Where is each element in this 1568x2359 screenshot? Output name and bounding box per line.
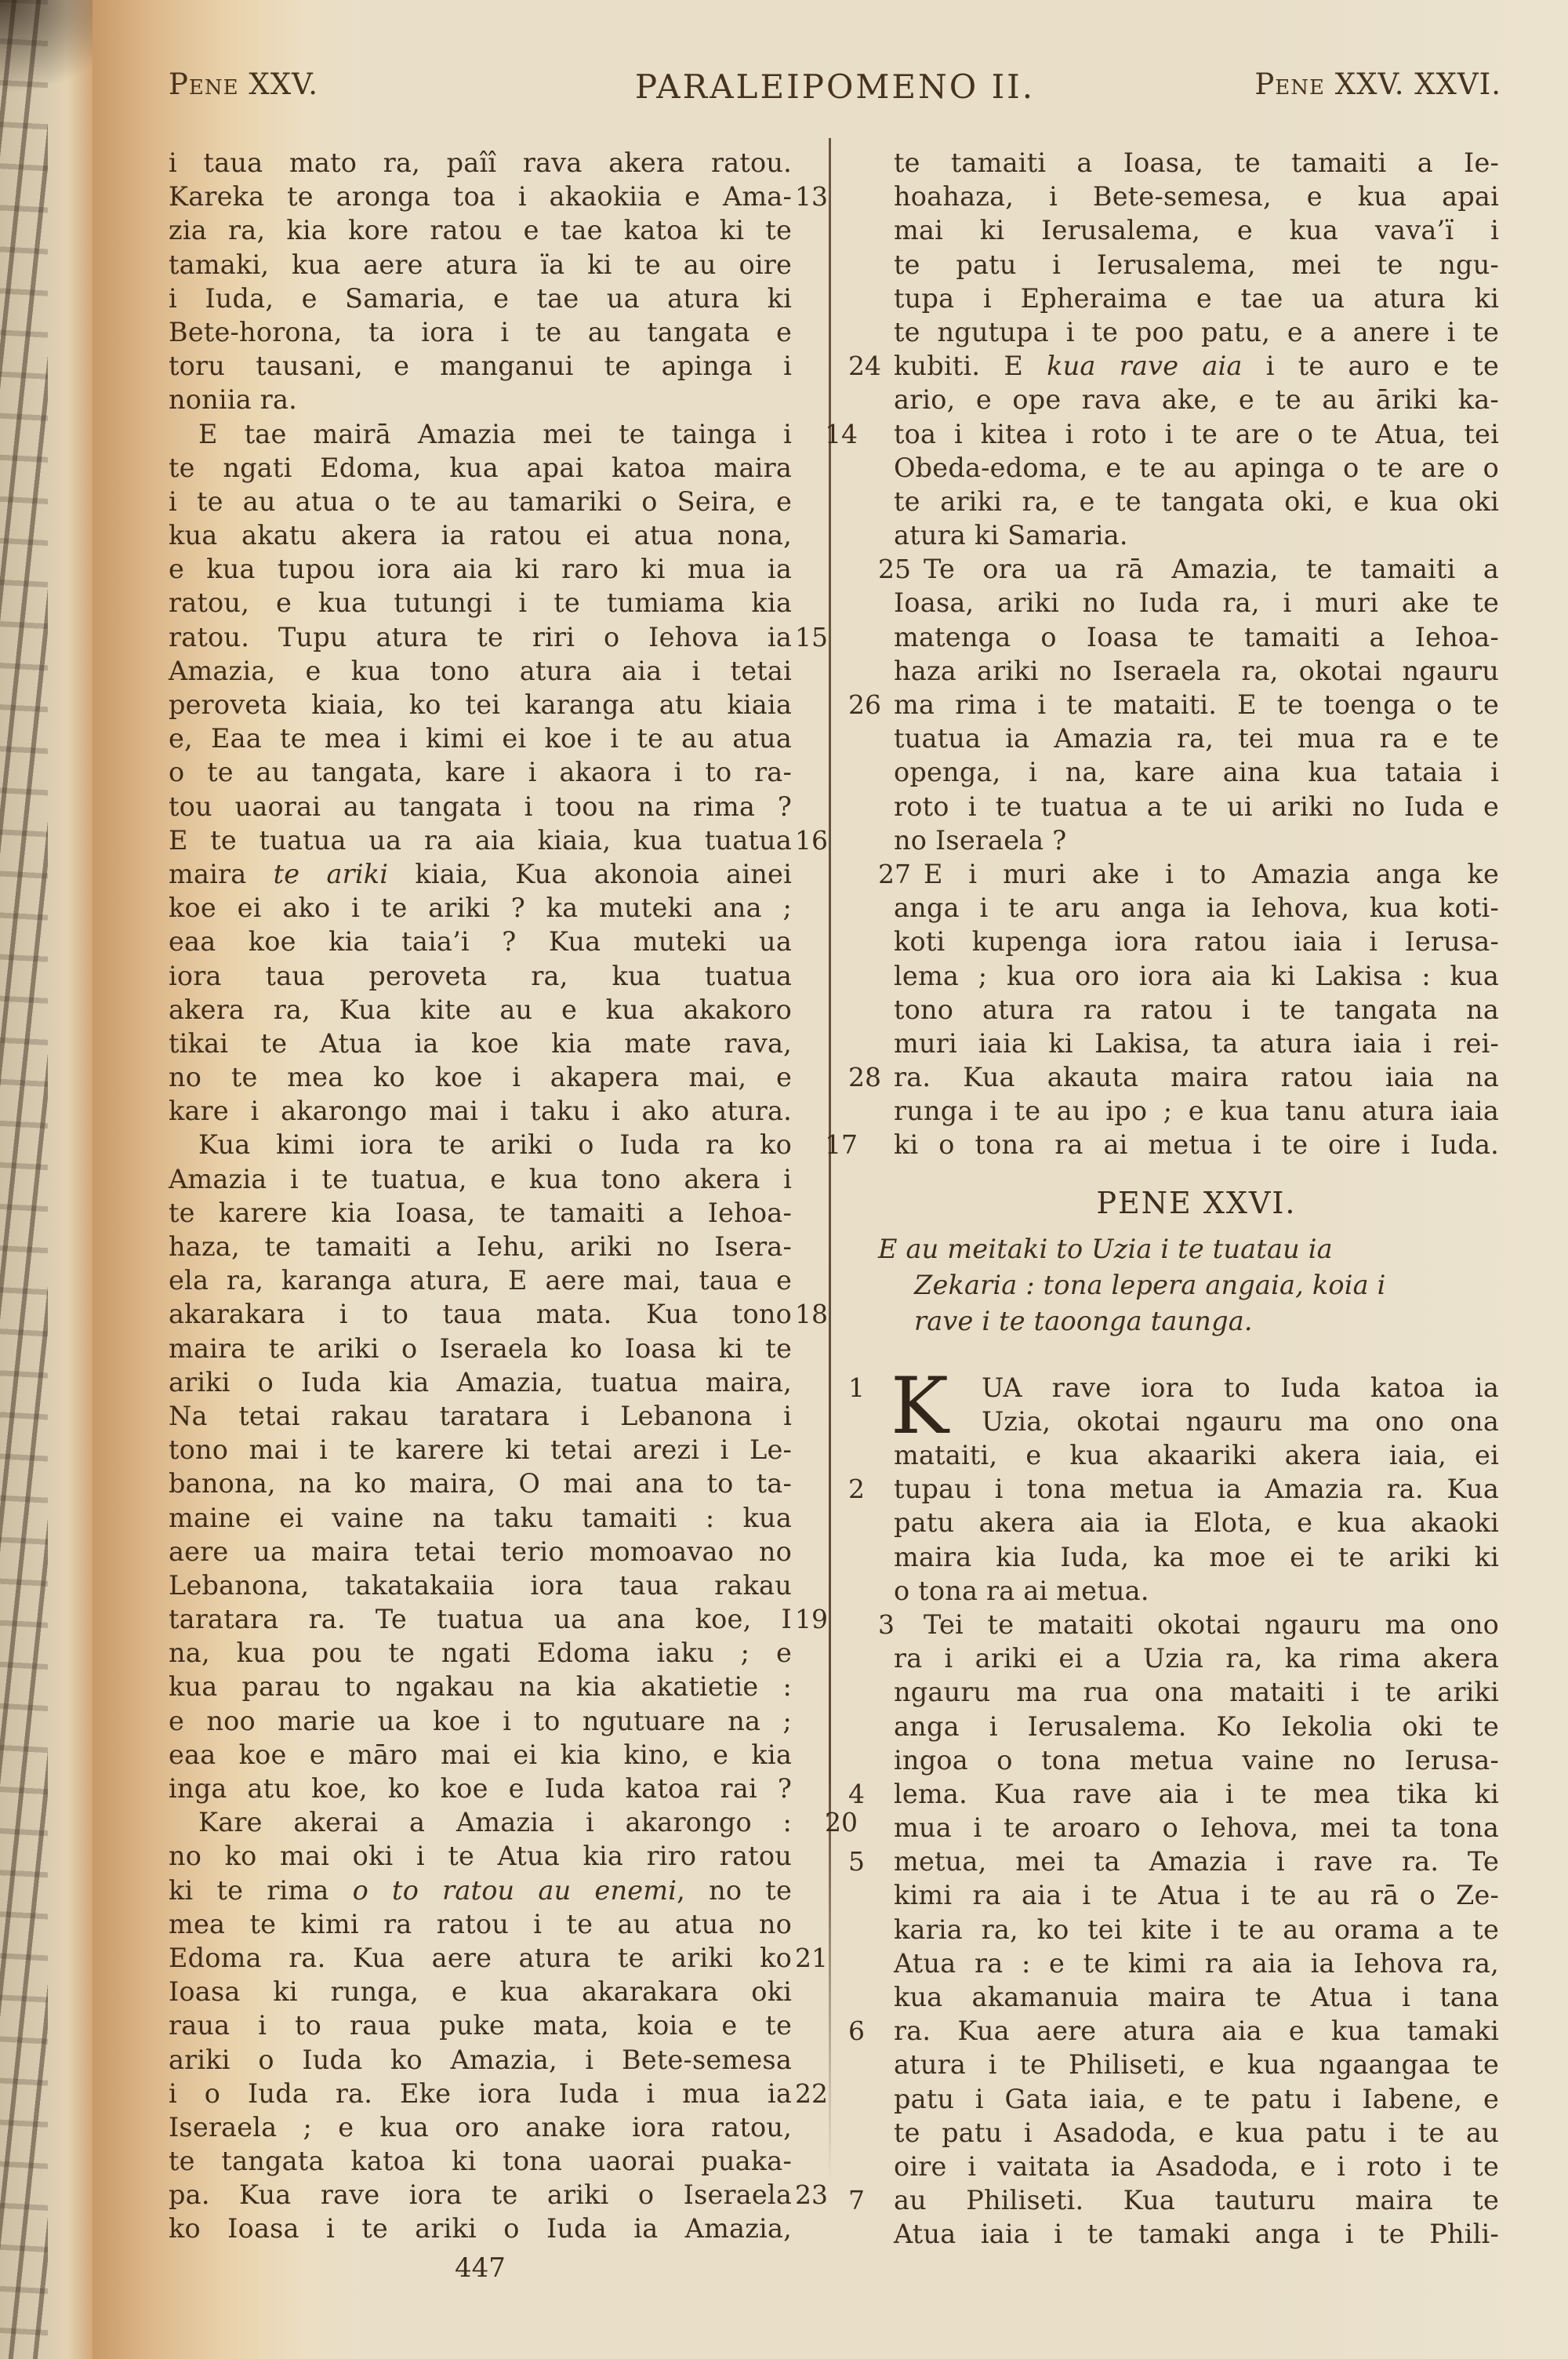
- text-run: banona, na ko maira, O mai ana to ta-: [169, 1468, 792, 1499]
- text-run: atura i te Philiseti, e kua ngaangaa te: [894, 2049, 1499, 2080]
- text-run: tupau i tona metua ia Amazia ra. Kua: [894, 1474, 1499, 1504]
- text-run: ariki o Iuda kia Amazia, tuatua maira,: [169, 1367, 792, 1398]
- text-line: taratara ra. Te tuatua ua ana koe, I19: [169, 1602, 792, 1636]
- text-run: na, kua pou te ngati Edoma iaku ; e: [169, 1637, 792, 1668]
- verse-number: 2: [848, 1472, 887, 1506]
- text-run: UA rave iora to Iuda katoa ia: [982, 1372, 1499, 1403]
- text-line: mai ki Ierusalema, e kua vava’ï i: [894, 213, 1499, 247]
- verse-number: 18: [795, 1297, 834, 1331]
- text-run: ra. Kua aere atura aia e kua tamaki: [894, 2016, 1499, 2046]
- text-line: lema. Kua rave aia i te mea tika ki4: [894, 1777, 1499, 1811]
- text-run: E tae mairā Amazia mei te tainga i: [198, 419, 792, 449]
- text-run: ratou, e kua tutungi i te tumiama kia: [169, 587, 792, 618]
- text-line: Tei te mataiti okotai ngauru ma ono3: [894, 1608, 1499, 1641]
- text-run: raua i to raua puke mata, koia e te: [169, 2010, 792, 2041]
- text-line: Ioasa ki runga, e kua akarakara oki: [169, 1975, 792, 2008]
- text-line: tuatua ia Amazia ra, tei mua ra e te: [894, 722, 1499, 755]
- text-line: kubiti. E kua rave aia i te auro e te24: [894, 349, 1499, 383]
- text-line: ariki o Iuda kia Amazia, tuatua maira,: [169, 1365, 792, 1399]
- chapter-heading: PENE XXVI.: [894, 1183, 1499, 1223]
- text-line: Te ora ua rā Amazia, te tamaiti a25: [894, 552, 1499, 586]
- chapter-verses: KUA rave iora to Iuda katoa ia1Uzia, oko…: [894, 1371, 1499, 2252]
- text-run: e, Eaa te mea i kimi ei koe i te au atua: [169, 723, 792, 754]
- text-run: kubiti. E: [894, 351, 1047, 381]
- verse-number: 19: [795, 1602, 834, 1636]
- text-run: i te au atua o te au tamariki o Seira, e: [169, 486, 792, 517]
- text-run: tikai te Atua ia koe kia mate rava,: [169, 1028, 792, 1059]
- text-line: zia ra, kia kore ratou e tae katoa ki te: [169, 213, 792, 247]
- text-line: UA rave iora to Iuda katoa ia1: [894, 1371, 1499, 1405]
- text-line: Bete-horona, ta iora i te au tangata e: [169, 315, 792, 349]
- verse-number: 21: [795, 1941, 834, 1975]
- text-line: openga, i na, kare aina kua tataia i: [894, 755, 1499, 789]
- text-run: Lebanona, takatakaiia iora taua rakau: [169, 1570, 792, 1601]
- verse-number: 7: [848, 2183, 887, 2217]
- text-line: Kare akerai a Amazia i akarongo :20: [169, 1805, 792, 1839]
- text-run: maine ei vaine na taku tamaiti : kua: [169, 1503, 792, 1533]
- text-run: i o Iuda ra. Eke iora Iuda i mua ia: [169, 2078, 792, 2109]
- text-line: ki o tona ra ai metua i te oire i Iuda.: [894, 1128, 1499, 1161]
- text-line: Kareka te aronga toa i akaokiia e Ama-13: [169, 180, 792, 213]
- text-run: openga, i na, kare aina kua tataia i: [894, 757, 1499, 787]
- text-line: matenga o Ioasa te tamaiti a Iehoa-: [894, 620, 1499, 654]
- text-run: au Philiseti. Kua tauturu maira te: [894, 2185, 1499, 2215]
- text-line: kimi ra aia i te Atua i te au rā o Ze-: [894, 1878, 1499, 1912]
- text-run: ki te rima: [169, 1875, 353, 1906]
- verse-number: 26: [848, 688, 887, 722]
- text-run: toru tausani, e manganui te apinga i: [169, 351, 792, 381]
- text-line: haza, te tamaiti a Iehu, ariki no Isera-: [169, 1230, 792, 1263]
- text-run: akarakara i to taua mata. Kua tono: [169, 1299, 792, 1329]
- text-line: peroveta kiaia, ko tei karanga atu kiaia: [169, 688, 792, 722]
- text-run: maira kia Iuda, ka moe ei te ariki ki: [894, 1542, 1499, 1572]
- text-run: no te mea ko koe i akapera mai, e: [169, 1062, 792, 1092]
- text-run: koe ei ako i te ariki ? ka muteki ana ;: [169, 892, 792, 923]
- verse-number: 14: [795, 417, 834, 451]
- text-run: matenga o Ioasa te tamaiti a Iehoa-: [894, 622, 1499, 652]
- text-run: i taua mato ra, paîî rava akera ratou.: [169, 147, 792, 178]
- text-line: ma rima i te mataiti. E te toenga o te26: [894, 688, 1499, 722]
- verse-number: 16: [795, 823, 834, 857]
- text-run: lema ; kua oro iora aia ki Lakisa : kua: [894, 961, 1499, 991]
- chapter-summary: E au meitaki to Uzia i te tuatau iaZekar…: [878, 1231, 1499, 1339]
- text-run: roto i te tuatua a te ui ariki no Iuda e: [894, 791, 1499, 822]
- text-line: inga atu koe, ko koe e Iuda katoa rai ?: [169, 1772, 792, 1805]
- text-line: runga i te au ipo ; e kua tanu atura iai…: [894, 1094, 1499, 1128]
- text-run: , no te: [677, 1875, 792, 1906]
- text-run: kare i akarongo mai i taku i ako atura.: [169, 1096, 792, 1126]
- text-line: o tona ra ai metua.: [894, 1574, 1499, 1608]
- text-line: hoahaza, i Bete-semesa, e kua apai: [894, 180, 1499, 213]
- text-line: maine ei vaine na taku tamaiti : kua: [169, 1501, 792, 1535]
- text-run: Te ora ua rā Amazia, te tamaiti a: [924, 554, 1499, 584]
- right-column: te tamaiti a Ioasa, te tamaiti a Ie-hoah…: [894, 146, 1499, 2252]
- text-run: eaa koe e māro mai ei kia kino, e kia: [169, 1739, 792, 1770]
- text-line: eaa koe kia taia’i ? Kua muteki ua: [169, 925, 792, 958]
- verse-number: 5: [848, 1845, 887, 1878]
- summary-line: rave i te taoonga taunga.: [878, 1303, 1499, 1339]
- text-run: haza, te tamaiti a Iehu, ariki no Isera-: [169, 1231, 792, 1262]
- text-run: ratou. Tupu atura te riri o Iehova ia: [169, 622, 792, 652]
- text-line: i taua mato ra, paîî rava akera ratou.: [169, 146, 792, 180]
- text-run: metua, mei ta Amazia i rave ra. Te: [894, 1846, 1499, 1877]
- text-line: koe ei ako i te ariki ? ka muteki ana ;: [169, 891, 792, 925]
- text-line: maira te ariki o Iseraela ko Ioasa ki te: [169, 1332, 792, 1365]
- text-line: koti kupenga iora ratou iaia i Ierusa-: [894, 925, 1499, 958]
- text-line: anga i Ierusalema. Ko Iekolia oki te: [894, 1710, 1499, 1743]
- text-run: te ariki ra, e te tangata oki, e kua oki: [894, 486, 1499, 517]
- verse-number: 24: [848, 349, 887, 383]
- text-line: ario, e ope rava ake, e te au āriki ka-: [894, 383, 1499, 416]
- text-run: ra. Kua akauta maira ratou iaia na: [894, 1062, 1499, 1092]
- text-run: eaa koe kia taia’i ? Kua muteki ua: [169, 926, 792, 957]
- text-run: te patu i Asadoda, e kua patu i te au: [894, 2117, 1499, 2148]
- text-line: no ko mai oki i te Atua kia riro ratou: [169, 1839, 792, 1873]
- text-run: ki o tona ra ai metua i te oire i Iuda.: [894, 1129, 1499, 1160]
- text-run: maira te ariki o Iseraela ko Ioasa ki te: [169, 1333, 792, 1364]
- text-line: E te tuatua ua ra aia kiaia, kua tuatua1…: [169, 823, 792, 857]
- text-run: Edoma ra. Kua aere atura te ariki ko: [169, 1943, 792, 1973]
- text-run: ngauru ma rua ona mataiti i te ariki: [894, 1677, 1499, 1707]
- text-run: no ko mai oki i te Atua kia riro ratou: [169, 1841, 792, 1871]
- text-run: e noo marie ua koe i to ngutuare na ;: [169, 1706, 792, 1736]
- text-run: taratara ra. Te tuatua ua ana koe, I: [169, 1604, 792, 1634]
- text-line: Na tetai rakau taratara i Lebanona i: [169, 1399, 792, 1433]
- text-run: tono atura ra ratou i te tangata na: [894, 994, 1499, 1025]
- text-line: Atua ra : e te kimi ra aia ia Iehova ra,: [894, 1946, 1499, 1980]
- text-run: ela ra, karanga atura, E aere mai, taua …: [169, 1265, 792, 1296]
- text-line: te patu i Asadoda, e kua patu i te au: [894, 2116, 1499, 2150]
- text-run: lema. Kua rave aia i te mea tika ki: [894, 1779, 1499, 1809]
- text-line: karia ra, ko tei kite i te au orama a te: [894, 1913, 1499, 1946]
- text-line: patu akera aia ia Elota, e kua akaoki: [894, 1506, 1499, 1539]
- text-line: anga i te aru anga ia Iehova, kua koti-: [894, 891, 1499, 925]
- text-line: kua akatu akera ia ratou ei atua nona,: [169, 518, 792, 552]
- text-line: kua akamanuia maira te Atua i tana: [894, 1980, 1499, 2014]
- verse-number: 4: [848, 1777, 887, 1811]
- text-run: zia ra, kia kore ratou e tae katoa ki te: [169, 215, 792, 245]
- text-line: e noo marie ua koe i to ngutuare na ;: [169, 1704, 792, 1738]
- text-line: toru tausani, e manganui te apinga i: [169, 349, 792, 383]
- text-line: te tamaiti a Ioasa, te tamaiti a Ie-: [894, 146, 1499, 180]
- text-line: i Iuda, e Samaria, e tae ua atura ki: [169, 282, 792, 315]
- text-line: tamaki, kua aere atura ïa ki te au oire: [169, 248, 792, 282]
- text-run: hoahaza, i Bete-semesa, e kua apai: [894, 181, 1499, 212]
- text-line: ra. Kua aere atura aia e kua tamaki6: [894, 2014, 1499, 2048]
- text-run: E i muri ake i to Amazia anga ke: [924, 859, 1499, 889]
- text-run: noniia ra.: [169, 384, 297, 415]
- summary-line: Zekaria : tona lepera angaia, koia i: [878, 1267, 1499, 1303]
- text-run: Na tetai rakau taratara i Lebanona i: [169, 1401, 792, 1431]
- text-line: no te mea ko koe i akapera mai, e: [169, 1060, 792, 1094]
- text-line: Iseraela ; e kua oro anake iora ratou,: [169, 2110, 792, 2144]
- text-line: ratou. Tupu atura te riri o Iehova ia15: [169, 620, 792, 654]
- text-line: o te au tangata, kare i akaora i to ra-: [169, 755, 792, 789]
- verse-number: 13: [795, 180, 834, 213]
- text-run: Atua ra : e te kimi ra aia ia Iehova ra,: [894, 1948, 1499, 1979]
- text-line: Amazia, e kua tono atura aia i tetai: [169, 654, 792, 688]
- text-line: au Philiseti. Kua tauturu maira te7: [894, 2183, 1499, 2217]
- text-run: te karere kia Ioasa, te tamaiti a Iehoa-: [169, 1198, 792, 1228]
- text-run: Amazia i te tuatua, e kua tono akera i: [169, 1164, 792, 1194]
- text-run: inga atu koe, ko koe e Iuda katoa rai ?: [169, 1773, 792, 1804]
- left-column: i taua mato ra, paîî rava akera ratou.Ka…: [169, 146, 792, 2246]
- text-run: e kua tupou iora aia ki raro ki mua ia: [169, 554, 792, 584]
- text-line: na, kua pou te ngati Edoma iaku ; e: [169, 1636, 792, 1670]
- text-run: tono mai i te karere ki tetai arezi i Le…: [169, 1434, 792, 1465]
- text-line: mataiti, e kua akaariki akera iaia, ei: [894, 1438, 1499, 1472]
- text-line: iora taua peroveta ra, kua tuatua: [169, 959, 792, 993]
- text-run: iora taua peroveta ra, kua tuatua: [169, 961, 792, 991]
- text-run: no Iseraela ?: [894, 825, 1066, 856]
- text-run: akera ra, Kua kite au e kua akakoro: [169, 994, 792, 1025]
- text-line: tono mai i te karere ki tetai arezi i Le…: [169, 1433, 792, 1467]
- text-run: Amazia, e kua tono atura aia i tetai: [169, 656, 792, 686]
- verse-number: 15: [795, 620, 834, 654]
- text-run: Uzia, okotai ngauru ma ono ona: [982, 1406, 1499, 1437]
- verse-number: 23: [795, 2178, 834, 2212]
- text-run: mea te kimi ra ratou i te au atua no: [169, 1909, 792, 1939]
- text-run: koti kupenga iora ratou iaia i Ierusa-: [894, 926, 1499, 957]
- adjacent-page-edge: [0, 0, 93, 2359]
- text-run: Iseraela ; e kua oro anake iora ratou,: [169, 2112, 792, 2143]
- text-run: Bete-horona, ta iora i te au tangata e: [169, 317, 792, 347]
- text-run: tuatua ia Amazia ra, tei mua ra e te: [894, 723, 1499, 754]
- text-line: toa i kitea i roto i te are o te Atua, t…: [894, 417, 1499, 451]
- verse-number: 25: [848, 552, 887, 586]
- text-line: kua parau to ngakau na kia akatietie :: [169, 1670, 792, 1703]
- text-run: atura ki Samaria.: [894, 520, 1128, 551]
- text-run: Ioasa, ariki no Iuda ra, i muri ake te: [894, 587, 1499, 618]
- text-run: mai ki Ierusalema, e kua vava’ï i: [894, 215, 1499, 245]
- text-run: oire i vaitata ia Asadoda, e i roto i te: [894, 2151, 1499, 2182]
- text-run: te ngutupa i te poo patu, e a anere i te: [894, 317, 1499, 347]
- text-run: pa. Kua rave iora te ariki o Iseraela: [169, 2179, 792, 2210]
- verse-number: 1: [848, 1371, 887, 1405]
- text-run: te tamaiti a Ioasa, te tamaiti a Ie-: [894, 147, 1499, 178]
- text-run: toa i kitea i roto i te are o te Atua, t…: [894, 419, 1499, 449]
- text-line: oire i vaitata ia Asadoda, e i roto i te: [894, 2150, 1499, 2183]
- text-line: te karere kia Ioasa, te tamaiti a Iehoa-: [169, 1196, 792, 1230]
- text-line: Edoma ra. Kua aere atura te ariki ko21: [169, 1941, 792, 1975]
- text-run: Ioasa ki runga, e kua akarakara oki: [169, 1976, 792, 2007]
- text-run: Kare akerai a Amazia i akarongo :: [198, 1807, 792, 1837]
- text-run: te tangata katoa ki tona uaorai puaka-: [169, 2146, 792, 2176]
- text-run: aere ua maira tetai terio momoavao no: [169, 1536, 792, 1567]
- text-line: ko Ioasa i te ariki o Iuda ia Amazia,: [169, 2212, 792, 2245]
- text-run: patu i Gata iaia, e te patu i Iabene, e: [894, 2084, 1499, 2114]
- text-line: tono atura ra ratou i te tangata na: [894, 993, 1499, 1027]
- text-run: mataiti, e kua akaariki akera iaia, ei: [894, 1440, 1499, 1470]
- text-run: ingoa o tona metua vaine no Ierusa-: [894, 1745, 1499, 1776]
- text-run: runga i te au ipo ; e kua tanu atura iai…: [894, 1096, 1499, 1126]
- running-header-right: Pene XXV. XXVI.: [1145, 67, 1501, 108]
- text-line: ra. Kua akauta maira ratou iaia na28: [894, 1060, 1499, 1094]
- text-run: Atua iaia i te tamaki anga i te Phili-: [894, 2219, 1499, 2249]
- text-run: tamaki, kua aere atura ïa ki te au oire: [169, 249, 792, 280]
- text-line: atura i te Philiseti, e kua ngaangaa te: [894, 2048, 1499, 2081]
- text-line: pa. Kua rave iora te ariki o Iseraela23: [169, 2178, 792, 2212]
- text-line: tikai te Atua ia koe kia mate rava,: [169, 1027, 792, 1060]
- verse-number: 3: [848, 1608, 887, 1641]
- verse-number: 27: [848, 857, 887, 891]
- text-line: ratou, e kua tutungi i te tumiama kia: [169, 586, 792, 620]
- text-run: Obeda-edoma, e te au apinga o te are o: [894, 453, 1499, 483]
- text-line: Obeda-edoma, e te au apinga o te are o: [894, 451, 1499, 485]
- text-line: patu i Gata iaia, e te patu i Iabene, e: [894, 2082, 1499, 2116]
- text-line: ariki o Iuda ko Amazia, i Bete-semesa: [169, 2043, 792, 2077]
- text-line: Uzia, okotai ngauru ma ono ona: [894, 1405, 1499, 1438]
- text-line: mea te kimi ra ratou i te au atua no: [169, 1907, 792, 1941]
- summary-line: E au meitaki to Uzia i te tuatau ia: [878, 1231, 1499, 1267]
- text-line: E i muri ake i to Amazia anga ke27: [894, 857, 1499, 891]
- text-run: kiaia, Kua akonoia ainei: [388, 859, 792, 889]
- text-line: noniia ra.: [169, 383, 792, 416]
- text-line: te ariki ra, e te tangata oki, e kua oki: [894, 485, 1499, 518]
- text-run: karia ra, ko tei kite i te au orama a te: [894, 1914, 1499, 1945]
- text-line: te ngati Edoma, kua apai katoa maira: [169, 451, 792, 485]
- text-run: mua i te aroaro o Iehova, mei ta tona: [894, 1812, 1499, 1843]
- text-run: ario, e ope rava ake, e te au āriki ka-: [894, 384, 1499, 415]
- text-line: haza ariki no Iseraela ra, okotai ngauru: [894, 654, 1499, 688]
- text-run: Kareka te aronga toa i akaokiia e Ama-: [169, 181, 792, 212]
- verse-number: 17: [795, 1128, 834, 1161]
- text-line: i o Iuda ra. Eke iora Iuda i mua ia22: [169, 2077, 792, 2110]
- text-line: te tangata katoa ki tona uaorai puaka-: [169, 2144, 792, 2178]
- page-number: 447: [169, 2252, 792, 2284]
- text-line: E tae mairā Amazia mei te tainga i14: [169, 417, 792, 451]
- text-run: te patu i Ierusalema, mei te ngu-: [894, 249, 1499, 280]
- text-line: metua, mei ta Amazia i rave ra. Te5: [894, 1845, 1499, 1878]
- text-line: i te au atua o te au tamariki o Seira, e: [169, 485, 792, 518]
- verse-number: 20: [795, 1805, 834, 1839]
- text-run: haza ariki no Iseraela ra, okotai ngauru: [894, 656, 1499, 686]
- text-line: kare i akarongo mai i taku i ako atura.: [169, 1094, 792, 1128]
- text-line: banona, na ko maira, O mai ana to ta-: [169, 1467, 792, 1500]
- text-run: kua parau to ngakau na kia akatietie :: [169, 1671, 792, 1702]
- text-run: i te auro e te: [1243, 351, 1499, 381]
- text-run: ma rima i te mataiti. E te toenga o te: [894, 689, 1499, 720]
- text-run: Kua kimi iora te ariki o Iuda ra ko: [198, 1129, 792, 1160]
- italic-phrase: o to ratou au enemi: [353, 1875, 677, 1906]
- text-run: ra i ariki ei a Uzia ra, ka rima akera: [894, 1643, 1499, 1674]
- text-run: kua akamanuia maira te Atua i tana: [894, 1982, 1499, 2012]
- text-line: maira te ariki kiaia, Kua akonoia ainei: [169, 857, 792, 891]
- text-line: e, Eaa te mea i kimi ei koe i te au atua: [169, 722, 792, 755]
- text-line: ki te rima o to ratou au enemi, no te: [169, 1874, 792, 1907]
- text-run: maira: [169, 859, 274, 889]
- text-line: ngauru ma rua ona mataiti i te ariki: [894, 1675, 1499, 1709]
- text-run: i Iuda, e Samaria, e tae ua atura ki: [169, 283, 792, 314]
- text-run: o te au tangata, kare i akaora i to ra-: [169, 757, 792, 787]
- text-run: tupa i Epheraima e tae ua atura ki: [894, 283, 1499, 314]
- text-line: ela ra, karanga atura, E aere mai, taua …: [169, 1263, 792, 1297]
- verse-number: 22: [795, 2077, 834, 2110]
- text-line: raua i to raua puke mata, koia e te: [169, 2008, 792, 2042]
- text-run: ko Ioasa i te ariki o Iuda ia Amazia,: [169, 2213, 792, 2244]
- text-line: lema ; kua oro iora aia ki Lakisa : kua: [894, 959, 1499, 993]
- text-line: eaa koe e māro mai ei kia kino, e kia: [169, 1738, 792, 1772]
- text-line: Kua kimi iora te ariki o Iuda ra ko17: [169, 1128, 792, 1161]
- text-line: roto i te tuatua a te ui ariki no Iuda e: [894, 790, 1499, 823]
- text-line: no Iseraela ?: [894, 823, 1499, 857]
- text-line: maira kia Iuda, ka moe ei te ariki ki: [894, 1540, 1499, 1574]
- text-line: mua i te aroaro o Iehova, mei ta tona: [894, 1811, 1499, 1845]
- text-run: anga i Ierusalema. Ko Iekolia oki te: [894, 1711, 1499, 1742]
- italic-phrase: kua rave aia: [1047, 351, 1242, 381]
- text-line: Lebanona, takatakaiia iora taua rakau: [169, 1568, 792, 1602]
- text-line: muri iaia ki Lakisa, ta atura iaia i rei…: [894, 1027, 1499, 1060]
- text-line: akarakara i to taua mata. Kua tono18: [169, 1297, 792, 1331]
- text-run: Tei te mataiti okotai ngauru ma ono: [924, 1609, 1499, 1640]
- text-line: te patu i Ierusalema, mei te ngu-: [894, 248, 1499, 282]
- text-line: akera ra, Kua kite au e kua akakoro: [169, 993, 792, 1027]
- text-line: ra i ariki ei a Uzia ra, ka rima akera: [894, 1641, 1499, 1675]
- text-line: Atua iaia i te tamaki anga i te Phili-: [894, 2217, 1499, 2251]
- italic-phrase: te ariki: [274, 859, 389, 889]
- text-line: tupau i tona metua ia Amazia ra. Kua2: [894, 1472, 1499, 1506]
- text-run: patu akera aia ia Elota, e kua akaoki: [894, 1507, 1499, 1538]
- verse-number: 6: [848, 2014, 887, 2048]
- text-run: o tona ra ai metua.: [894, 1576, 1149, 1606]
- text-run: anga i te aru anga ia Iehova, kua koti-: [894, 892, 1499, 923]
- text-run: peroveta kiaia, ko tei karanga atu kiaia: [169, 689, 792, 720]
- text-run: ariki o Iuda ko Amazia, i Bete-semesa: [169, 2045, 792, 2075]
- text-run: E te tuatua ua ra aia kiaia, kua tuatua: [169, 825, 792, 856]
- text-line: tupa i Epheraima e tae ua atura ki: [894, 282, 1499, 315]
- text-line: atura ki Samaria.: [894, 518, 1499, 552]
- text-run: muri iaia ki Lakisa, ta atura iaia i rei…: [894, 1028, 1499, 1059]
- text-run: kimi ra aia i te Atua i te au rā o Ze-: [894, 1880, 1499, 1910]
- text-line: aere ua maira tetai terio momoavao no: [169, 1535, 792, 1568]
- text-line: te ngutupa i te poo patu, e a anere i te: [894, 315, 1499, 349]
- text-run: tou uaorai au tangata i toou na rima ?: [169, 791, 792, 822]
- text-line: Amazia i te tuatua, e kua tono akera i: [169, 1162, 792, 1196]
- text-line: e kua tupou iora aia ki raro ki mua ia: [169, 552, 792, 586]
- text-line: Ioasa, ariki no Iuda ra, i muri ake te: [894, 586, 1499, 620]
- text-run: te ngati Edoma, kua apai katoa maira: [169, 453, 792, 483]
- text-line: tou uaorai au tangata i toou na rima ?: [169, 790, 792, 823]
- verse-number: 28: [848, 1060, 887, 1094]
- text-run: kua akatu akera ia ratou ei atua nona,: [169, 520, 792, 551]
- text-line: ingoa o tona metua vaine no Ierusa-: [894, 1743, 1499, 1777]
